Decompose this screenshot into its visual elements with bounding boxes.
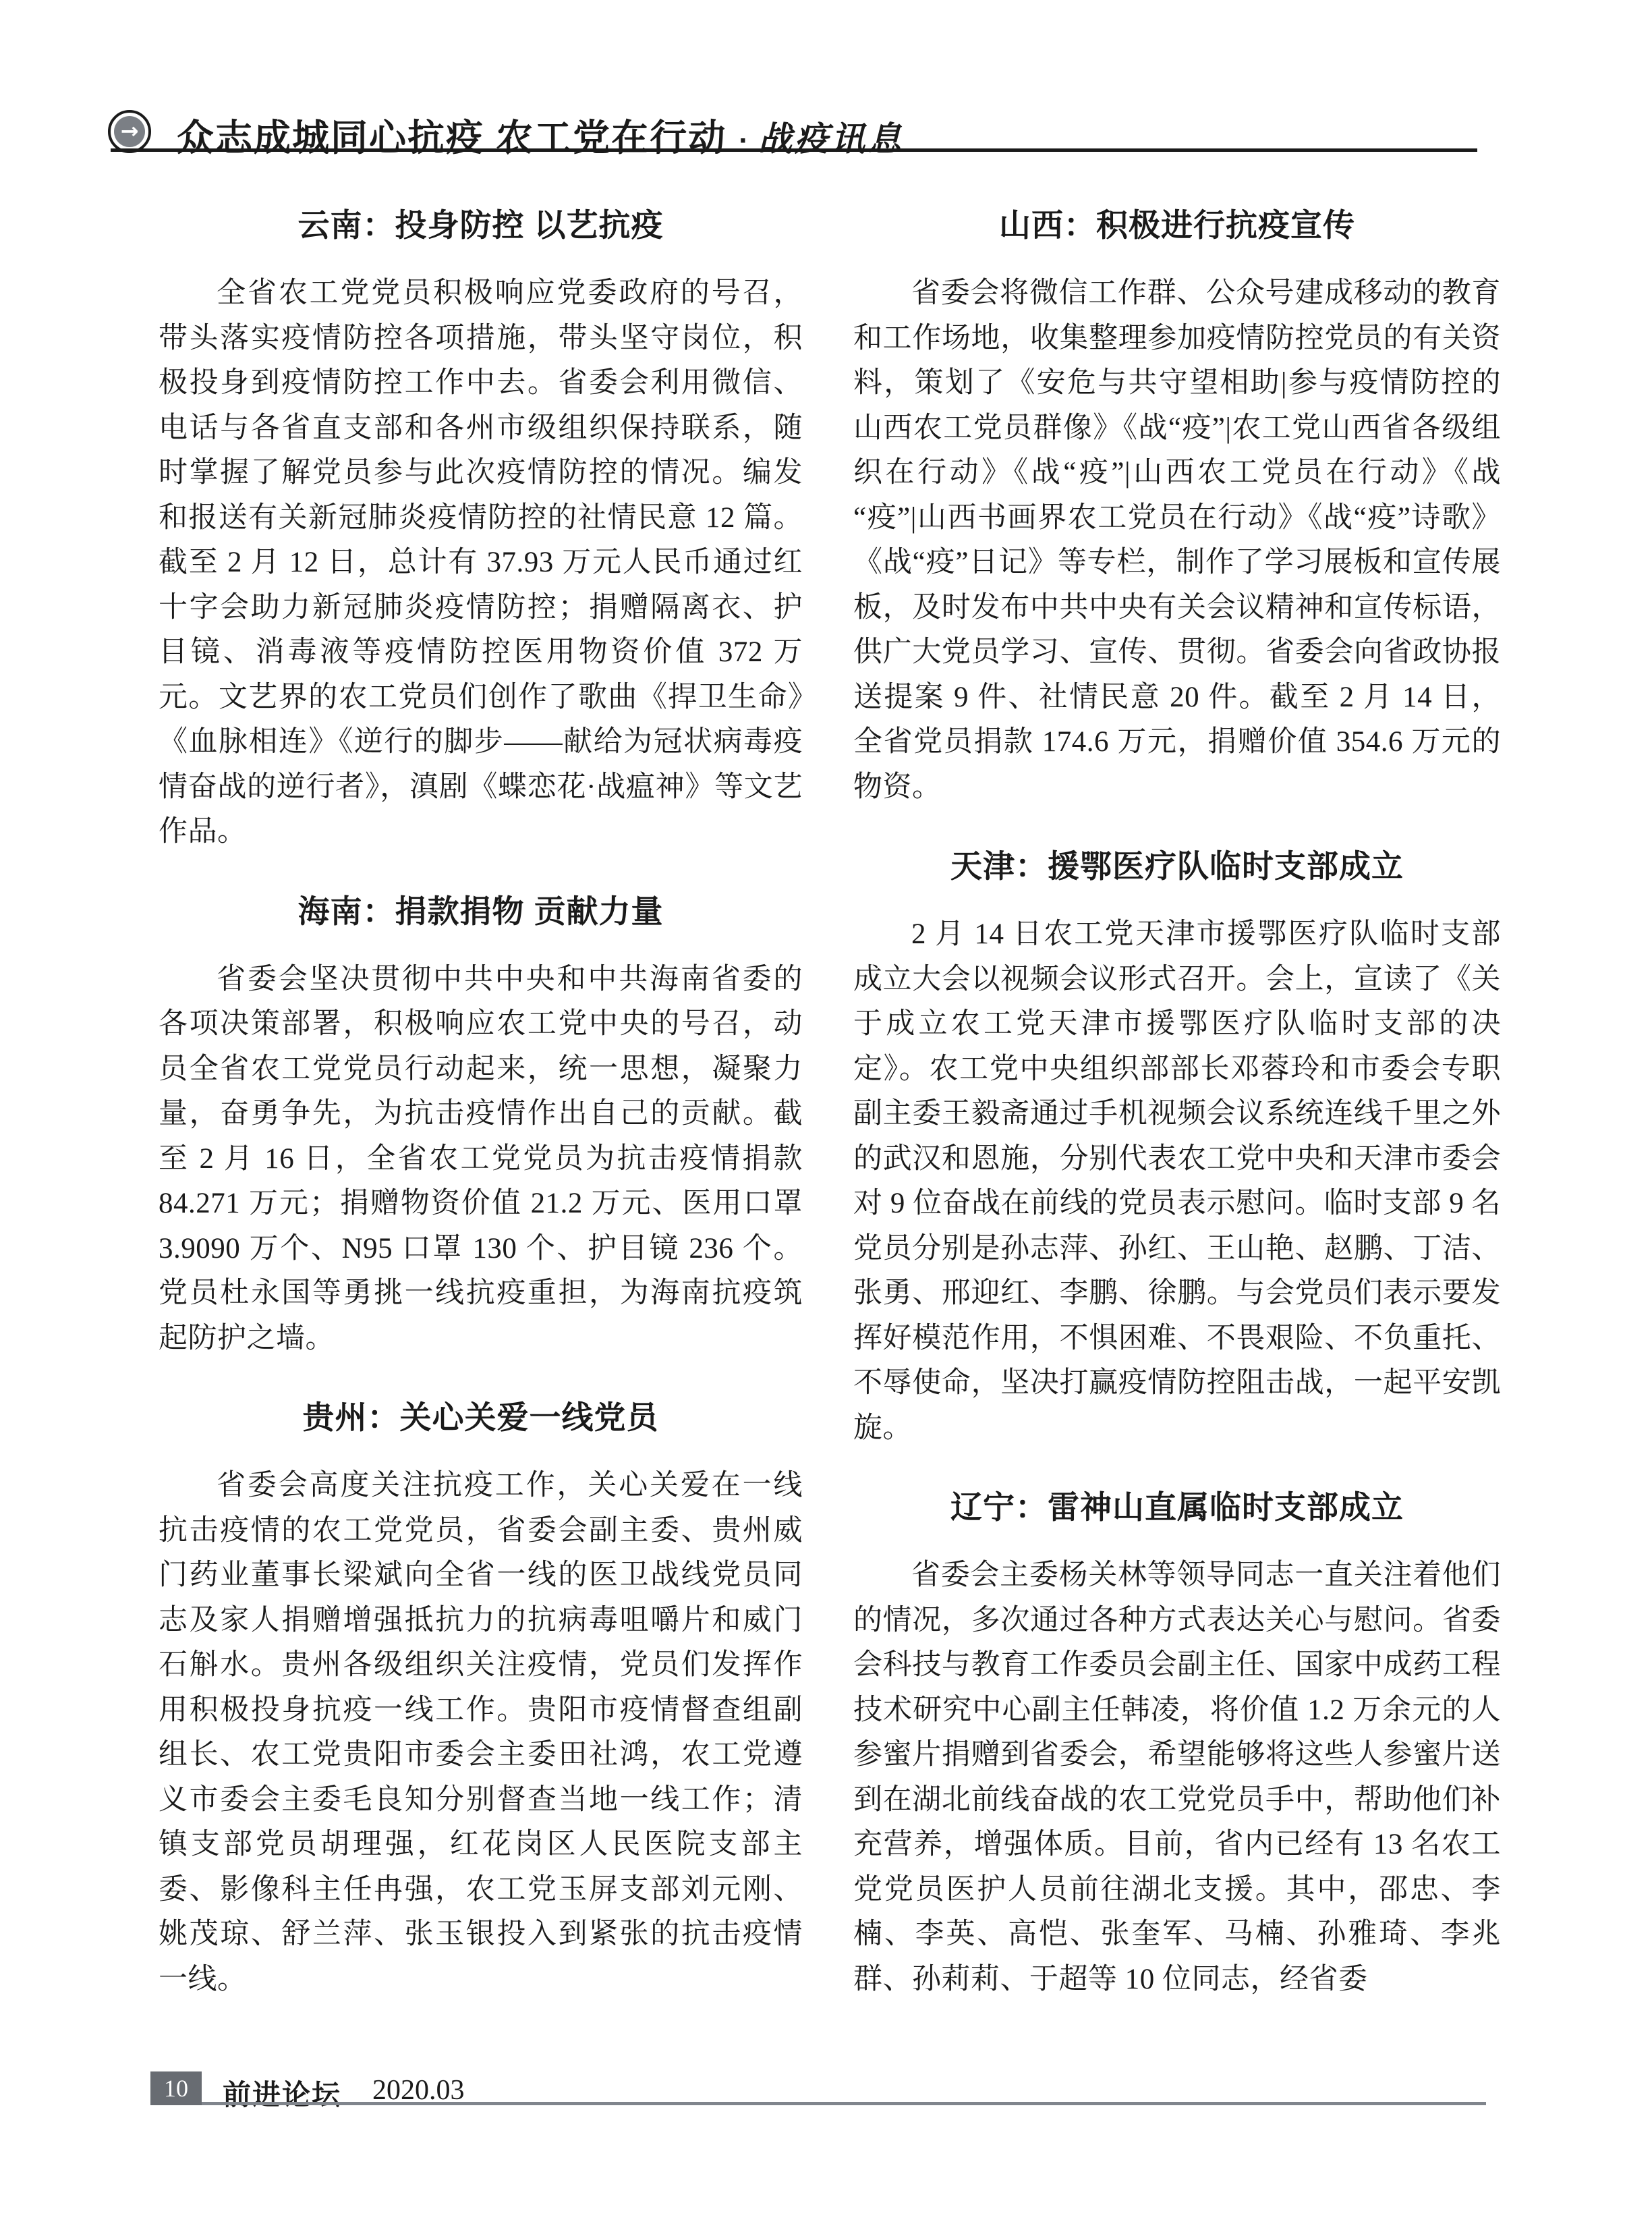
section-heading-shanxi: 山西：积极进行抗疫宣传 [853,205,1501,246]
header-rule [111,148,1477,152]
journal-name: 前进论坛 [223,2073,341,2113]
section-paragraph-guizhou: 省委会高度关注抗疫工作，关心关爱在一线抗击疫情的农工党党员，省委会副主委、贵州威… [159,1464,803,2002]
header-title-main: 众志成城同心抗疫 农工党在行动 [177,108,727,161]
header-separator: · [739,124,749,158]
left-column: 云南：投身防控 以艺抗疫 全省农工党党员积极响应党委政府的号召，带头落实疫情防控… [159,189,803,2002]
arrow-glyph: → [121,120,139,142]
page-number: 10 [164,2074,188,2103]
article-body: 云南：投身防控 以艺抗疫 全省农工党党员积极响应党委政府的号召，带头落实疫情防控… [159,189,1501,2002]
section-paragraph-shanxi: 省委会将微信工作群、公众号建成移动的教育和工作场地，收集整理参加疫情防控党员的有… [853,271,1501,810]
section-paragraph-tianjin: 2 月 14 日农工党天津市援鄂医疗队临时支部成立大会以视频会议形式召开。会上，… [853,912,1501,1451]
section-paragraph-yunnan: 全省农工党党员积极响应党委政府的号召，带头落实疫情防控各项措施，带头坚守岗位，积… [159,271,803,855]
section-heading-guizhou: 贵州：关心关爱一线党员 [159,1397,803,1438]
arrow-right-icon: → [108,110,151,153]
section-heading-tianjin: 天津：援鄂医疗队临时支部成立 [853,846,1501,887]
header-subtitle: 战疫讯息 [758,112,904,161]
section-heading-hainan: 海南：捐款捐物 贡献力量 [159,891,803,932]
page-number-box: 10 [150,2071,202,2105]
right-column: 山西：积极进行抗疫宣传 省委会将微信工作群、公众号建成移动的教育和工作场地，收集… [853,189,1501,2002]
section-heading-yunnan: 云南：投身防控 以艺抗疫 [159,205,803,246]
arrow-icon-core: → [114,116,145,147]
section-heading-liaoning: 辽宁：雷神山直属临时支部成立 [853,1487,1501,1528]
page-title: 众志成城同心抗疫 农工党在行动 · 战疫讯息 [177,108,904,161]
section-paragraph-liaoning: 省委会主委杨关林等领导同志一直关注着他们的情况，多次通过各种方式表达关心与慰问。… [853,1553,1501,2002]
section-paragraph-hainan: 省委会坚决贯彻中共中央和中共海南省委的各项决策部署，积极响应农工党中央的号召，动… [159,957,803,1362]
footer-rule [202,2102,1486,2105]
